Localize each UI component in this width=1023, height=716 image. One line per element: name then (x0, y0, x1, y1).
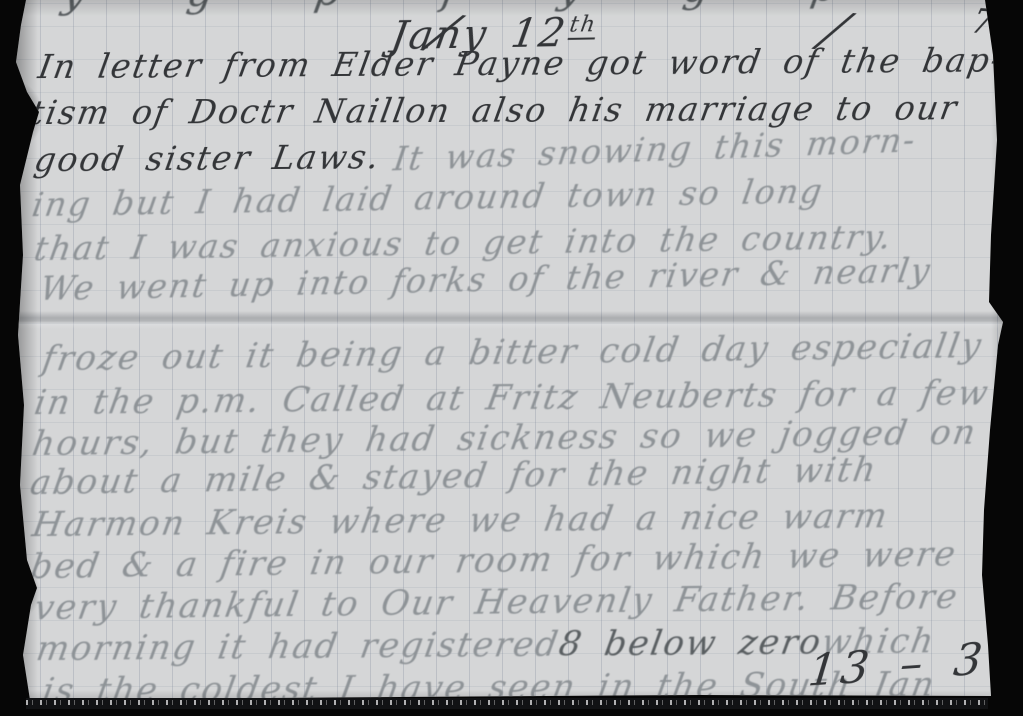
line-segment: ing but I had laid around town so long (30, 174, 826, 221)
journal-line: very thankful to Our Heavenly Father. Be… (32, 580, 961, 625)
line-segment: It was snowing this morn- (392, 123, 919, 175)
line-segment: 8 below zero (556, 625, 824, 661)
journal-line: bed & a fire in our room for which we we… (28, 537, 960, 584)
date-ordinal: th (567, 12, 598, 39)
line-segment: morning it had registered (34, 627, 562, 666)
line-segment: froze out it being a bitter cold day esp… (40, 329, 985, 376)
line-segment: In letter from Elder Payne got word of t… (36, 43, 1007, 83)
corner-page-marker: 13 – 3 (806, 638, 988, 694)
line-segment: good sister Laws. (32, 140, 383, 176)
journal-line: morning it had registered 8 below zero w… (34, 624, 938, 666)
journal-line: good sister Laws.It was snowing this mor… (32, 135, 918, 176)
journal-line: In letter from Elder Payne got word of t… (36, 43, 1007, 83)
journal-line: Harmon Kreis where we had a nice warm (30, 499, 891, 542)
line-segment: very thankful to Our Heavenly Father. Be… (32, 580, 961, 625)
scanned-journal-page: y g p f y g p ⁄ ⁄ Jany 12th 7 In letter … (0, 0, 1023, 716)
adjacent-page-edge (26, 698, 988, 709)
line-segment: bed & a fire in our room for which we we… (28, 537, 960, 584)
line-segment: Harmon Kreis where we had a nice warm (30, 499, 891, 542)
paper-sheet: y g p f y g p ⁄ ⁄ Jany 12th 7 In letter … (0, 0, 1023, 716)
journal-line: froze out it being a bitter cold day esp… (40, 329, 985, 376)
fold-crease (0, 311, 1023, 329)
journal-line: ing but I had laid around town so long (30, 174, 826, 221)
page-number: 7 (968, 4, 1000, 40)
